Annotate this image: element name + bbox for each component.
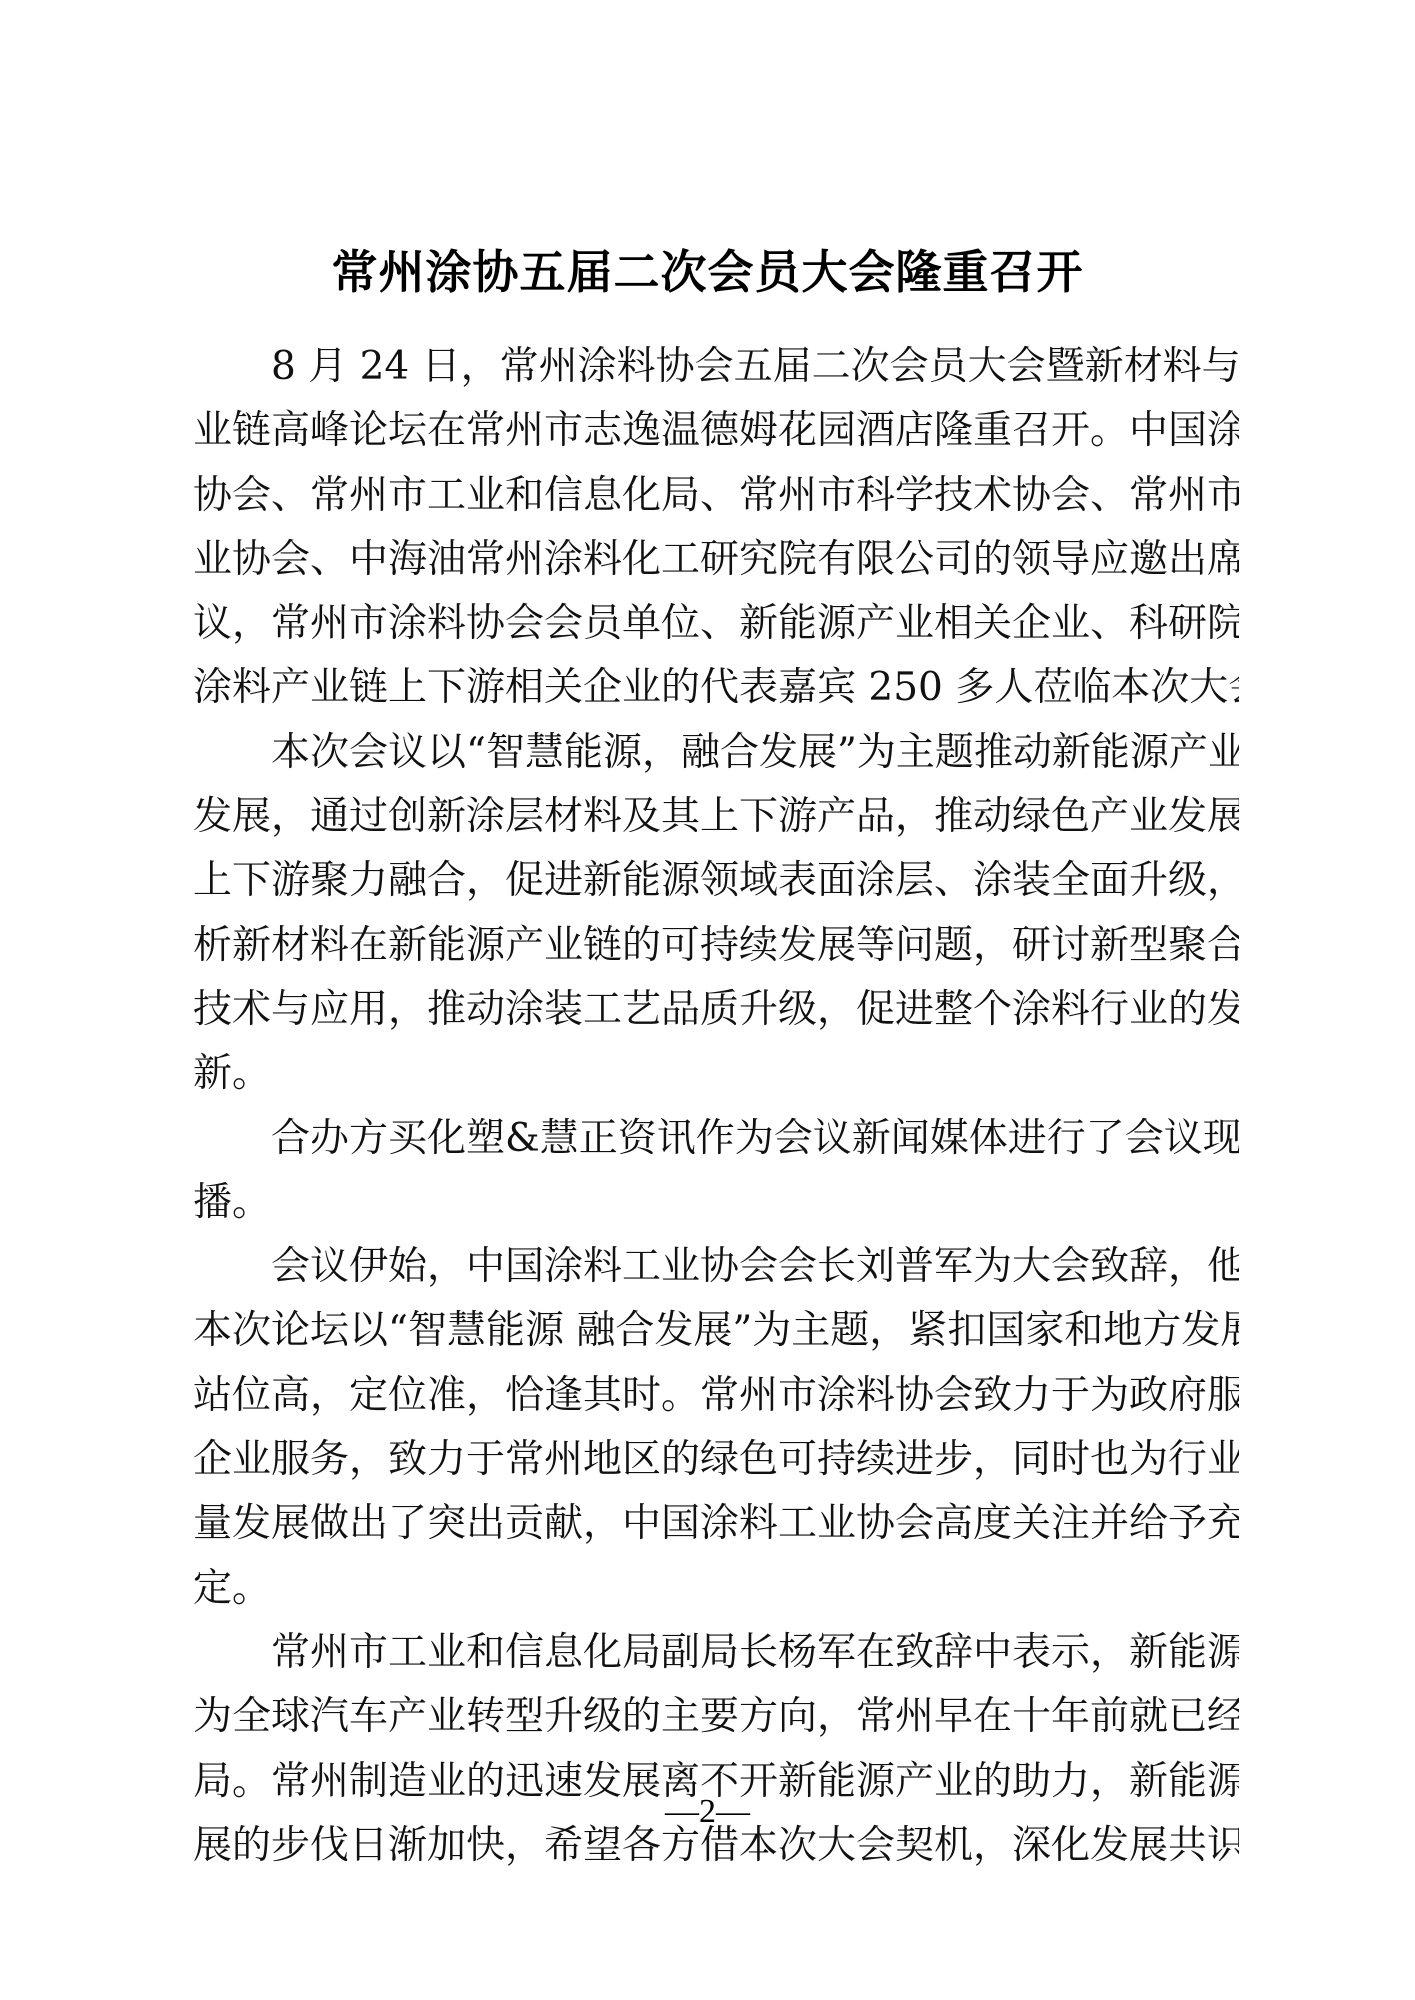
text-line: 企业服务，致力于常州地区的绿色可持续进步，同时也为行业的高质 (193, 1428, 1239, 1492)
text-line: 会议伊始，中国涂料工业协会会长刘普军为大会致辞，他表示， (193, 1235, 1239, 1299)
text-line: 为全球汽车产业转型升级的主要方向，常州早在十年前就已经开始布 (193, 1685, 1239, 1749)
text-line: 本次论坛以“智慧能源 融合发展”为主题，紧扣国家和地方发展要求， (193, 1299, 1239, 1363)
text-line: 发展，通过创新涂层材料及其上下游产品，推动绿色产业发展新生态， (193, 785, 1239, 849)
text-line: 8 月 24 日，常州涂料协会五届二次会员大会暨新材料与新能源产 (193, 335, 1239, 399)
page-number: —2— (0, 1793, 1415, 1831)
text-line: 协会、常州市工业和信息化局、常州市科学技术协会、常州市汽车产 (193, 464, 1239, 528)
text-line: 播。 (193, 1171, 1239, 1235)
text-line: 新。 (193, 1042, 1239, 1106)
text-line: 上下游聚力融合，促进新能源领域表面涂层、涂装全面升级，深度剖 (193, 849, 1239, 913)
article-body: 8 月 24 日，常州涂料协会五届二次会员大会暨新材料与新能源产 业链高峰论坛在… (193, 335, 1239, 1878)
text-line: 技术与应用，推动涂装工艺品质升级，促进整个涂料行业的发展与创 (193, 978, 1239, 1042)
text-line: 析新材料在新能源产业链的可持续发展等问题，研讨新型聚合物涂层 (193, 914, 1239, 978)
text-line: 涂料产业链上下游相关企业的代表嘉宾 250 多人莅临本次大会。 (193, 656, 1239, 720)
text-line: 本次会议以“智慧能源，融合发展”为主题推动新能源产业链闭环 (193, 721, 1239, 785)
text-line: 常州市工业和信息化局副局长杨军在致辞中表示，新能源汽车作 (193, 1621, 1239, 1685)
text-line: 合办方买化塑&慧正资讯作为会议新闻媒体进行了会议现场直 (193, 1107, 1239, 1171)
text-line: 定。 (193, 1557, 1239, 1621)
text-line: 业链高峰论坛在常州市志逸温德姆花园酒店隆重召开。中国涂料工业 (193, 399, 1239, 463)
text-line: 量发展做出了突出贡献，中国涂料工业协会高度关注并给予充分肯 (193, 1492, 1239, 1556)
text-line: 业协会、中海油常州涂料化工研究院有限公司的领导应邀出席了会 (193, 528, 1239, 592)
text-line: 议，常州市涂料协会会员单位、新能源产业相关企业、科研院校以及 (193, 592, 1239, 656)
article-title: 常州涂协五届二次会员大会隆重召开 (0, 236, 1415, 302)
text-line: 站位高，定位准，恰逢其时。常州市涂料协会致力于为政府服务，为 (193, 1364, 1239, 1428)
